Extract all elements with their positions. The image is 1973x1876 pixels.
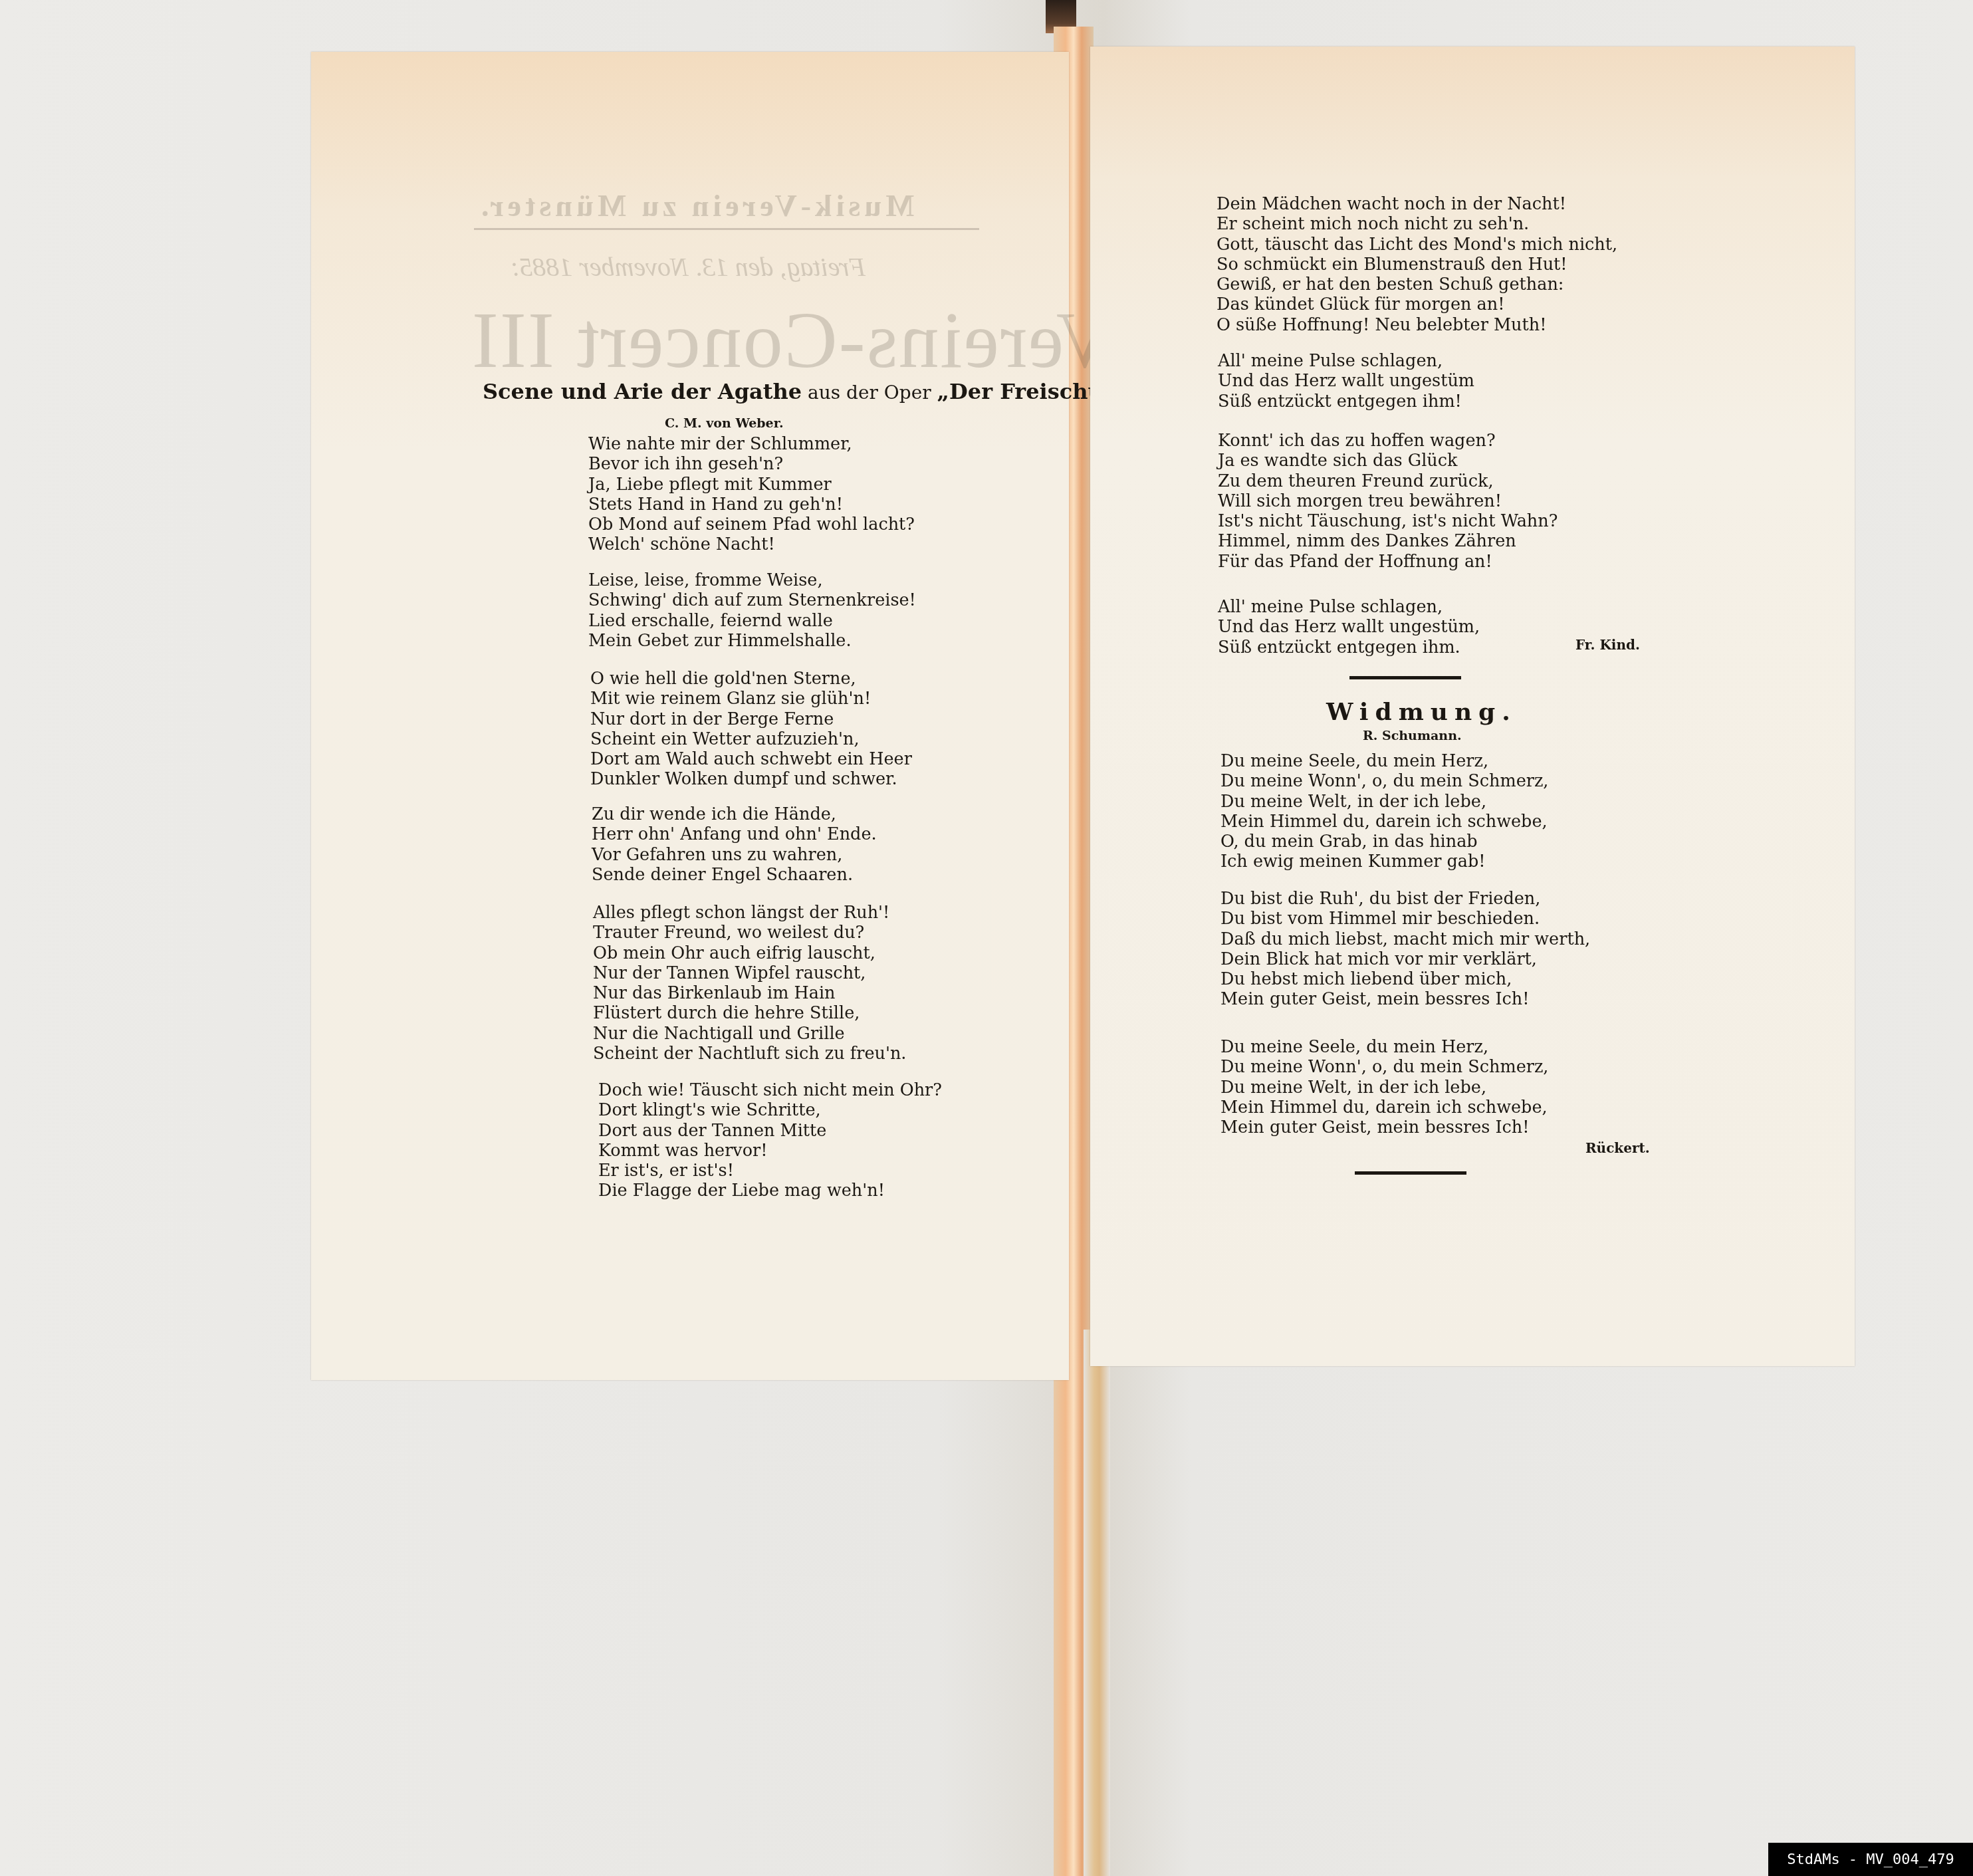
verse-line: Dort aus der Tannen Mitte bbox=[598, 1121, 942, 1141]
verse-line: O süße Hoffnung! Neu belebter Muth! bbox=[1217, 315, 1617, 335]
verse-line: Ja es wandte sich das Glück bbox=[1218, 451, 1558, 471]
poet-credit-kind: Fr. Kind. bbox=[1575, 637, 1640, 653]
composer-credit-schumann: R. Schumann. bbox=[1363, 729, 1462, 743]
verse-line: Himmel, nimm des Dankes Zähren bbox=[1218, 531, 1558, 551]
verse-line: Und das Herz wallt ungestüm bbox=[1218, 371, 1474, 391]
verse-line: Du meine Wonn', o, du mein Schmerz, bbox=[1220, 771, 1548, 791]
stanza-9: Konnt' ich das zu hoffen wagen? Ja es wa… bbox=[1218, 431, 1558, 572]
heading-title: Scene und Arie der Agathe bbox=[483, 379, 802, 404]
heading-connector: aus der Oper bbox=[802, 382, 937, 404]
song-heading: Scene und Arie der Agathe aus der Oper „… bbox=[483, 379, 1145, 404]
verse-line: Dort klingt's wie Schritte, bbox=[598, 1100, 942, 1120]
verse-line: Und das Herz wallt ungestüm, bbox=[1218, 617, 1480, 637]
stanza-6: Doch wie! Täuscht sich nicht mein Ohr? D… bbox=[598, 1080, 942, 1201]
verse-line: Du meine Seele, du mein Herz, bbox=[1220, 751, 1548, 771]
bleed-through-society: Musik-Verein zu Münster. bbox=[477, 188, 914, 223]
verse-line: Nur dort in der Berge Ferne bbox=[590, 709, 912, 729]
verse-line: Du bist die Ruh', du bist der Frieden, bbox=[1220, 889, 1590, 909]
verse-line: Doch wie! Täuscht sich nicht mein Ohr? bbox=[598, 1080, 942, 1100]
verse-line: Flüstert durch die hehre Stille, bbox=[593, 1003, 906, 1023]
bleed-through-title: Vereins-Concert III bbox=[471, 294, 1114, 386]
section-divider bbox=[1349, 676, 1461, 679]
verse-line: Die Flagge der Liebe mag weh'n! bbox=[598, 1181, 942, 1201]
verse-line: Dein Mädchen wacht noch in der Nacht! bbox=[1217, 194, 1617, 214]
verse-line: Gewiß, er hat den besten Schuß gethan: bbox=[1217, 275, 1617, 294]
verse-line: Ist's nicht Täuschung, ist's nicht Wahn? bbox=[1218, 511, 1558, 531]
verse-line: Daß du mich liebst, macht mich mir werth… bbox=[1220, 929, 1590, 949]
verse-line: Welch' schöne Nacht! bbox=[588, 534, 915, 554]
verse-line: Leise, leise, fromme Weise, bbox=[588, 570, 916, 590]
verse-line: Mit wie reinem Glanz sie glüh'n! bbox=[590, 689, 912, 709]
verse-line: Ja, Liebe pflegt mit Kummer bbox=[588, 475, 915, 495]
verse-line: Ich ewig meinen Kummer gab! bbox=[1220, 852, 1548, 872]
verse-line: Vor Gefahren uns zu wahren, bbox=[592, 845, 877, 865]
verse-line: Du meine Seele, du mein Herz, bbox=[1220, 1037, 1548, 1057]
verse-line: Mein Gebet zur Himmelshalle. bbox=[588, 631, 916, 651]
verse-line: Mein guter Geist, mein bessres Ich! bbox=[1220, 989, 1590, 1009]
verse-line: Konnt' ich das zu hoffen wagen? bbox=[1218, 431, 1558, 451]
stanza-5: Alles pflegt schon längst der Ruh'! Trau… bbox=[593, 903, 906, 1064]
verse-line: So schmückt ein Blumenstrauß den Hut! bbox=[1217, 255, 1617, 275]
stanza-7: Dein Mädchen wacht noch in der Nacht! Er… bbox=[1217, 194, 1617, 335]
verse-line: Nur das Birkenlaub im Hain bbox=[593, 983, 906, 1003]
right-page: Dein Mädchen wacht noch in der Nacht! Er… bbox=[1090, 47, 1855, 1366]
verse-line: Scheint der Nachtluft sich zu freu'n. bbox=[593, 1044, 906, 1064]
verse-line: Er scheint mich noch nicht zu seh'n. bbox=[1217, 214, 1617, 234]
verse-line: Er ist's, er ist's! bbox=[598, 1161, 942, 1181]
verse-line: Dunkler Wolken dumpf und schwer. bbox=[590, 769, 912, 789]
verse-line: Zu dir wende ich die Hände, bbox=[592, 804, 877, 824]
verse-line: Du meine Welt, in der ich lebe, bbox=[1220, 1078, 1548, 1098]
left-page: Musik-Verein zu Münster. Freitag, den 13… bbox=[311, 52, 1069, 1380]
stanza-4: Zu dir wende ich die Hände, Herr ohn' An… bbox=[592, 804, 877, 885]
verse-line: Das kündet Glück für morgen an! bbox=[1217, 294, 1617, 314]
verse-line: Bevor ich ihn geseh'n? bbox=[588, 454, 915, 474]
verse-line: All' meine Pulse schlagen, bbox=[1218, 597, 1480, 617]
stanza-13: Du meine Seele, du mein Herz, Du meine W… bbox=[1220, 1037, 1548, 1137]
verse-line: Sende deiner Engel Schaaren. bbox=[592, 865, 877, 885]
verse-line: Will sich morgen treu bewähren! bbox=[1218, 491, 1558, 511]
verse-line: Stets Hand in Hand zu geh'n! bbox=[588, 495, 915, 515]
verse-line: Ob Mond auf seinem Pfad wohl lacht? bbox=[588, 515, 915, 534]
poet-credit-rueckert: Rückert. bbox=[1585, 1140, 1650, 1156]
end-divider bbox=[1355, 1171, 1466, 1175]
verse-line: Mein guter Geist, mein bessres Ich! bbox=[1220, 1117, 1548, 1137]
verse-line: Lied erschalle, feiernd walle bbox=[588, 611, 916, 631]
stanza-10: All' meine Pulse schlagen, Und das Herz … bbox=[1218, 597, 1480, 657]
stanza-12: Du bist die Ruh', du bist der Frieden, D… bbox=[1220, 889, 1590, 1010]
song-title-widmung: Widmung. bbox=[1326, 698, 1517, 726]
verse-line: O wie hell die gold'nen Sterne, bbox=[590, 669, 912, 689]
verse-line: Schwing' dich auf zum Sternenkreise! bbox=[588, 590, 916, 610]
verse-line: All' meine Pulse schlagen, bbox=[1218, 351, 1474, 371]
stanza-11: Du meine Seele, du mein Herz, Du meine W… bbox=[1220, 751, 1548, 872]
verse-line: Herr ohn' Anfang und ohn' Ende. bbox=[592, 824, 877, 844]
bleed-through-rule bbox=[474, 228, 979, 230]
archive-signature-label: StdAMs - MV_004_479 bbox=[1768, 1843, 1973, 1876]
verse-line: Kommt was hervor! bbox=[598, 1141, 942, 1161]
verse-line: Süß entzückt entgegen ihm! bbox=[1218, 392, 1474, 411]
verse-line: Alles pflegt schon längst der Ruh'! bbox=[593, 903, 906, 923]
stanza-3: O wie hell die gold'nen Sterne, Mit wie … bbox=[590, 669, 912, 790]
verse-line: Du meine Welt, in der ich lebe, bbox=[1220, 792, 1548, 812]
stanza-8: All' meine Pulse schlagen, Und das Herz … bbox=[1218, 351, 1474, 411]
composer-credit: C. M. von Weber. bbox=[665, 416, 784, 431]
binding-spine-lower bbox=[1084, 1330, 1110, 1876]
verse-line: Ob mein Ohr auch eifrig lauscht, bbox=[593, 943, 906, 963]
verse-line: Mein Himmel du, darein ich schwebe, bbox=[1220, 1098, 1548, 1117]
verse-line: Süß entzückt entgegen ihm. bbox=[1218, 638, 1480, 657]
verse-line: Gott, täuscht das Licht des Mond's mich … bbox=[1217, 235, 1617, 255]
verse-line: Nur der Tannen Wipfel rauscht, bbox=[593, 963, 906, 983]
verse-line: Für das Pfand der Hoffnung an! bbox=[1218, 552, 1558, 572]
verse-line: Trauter Freund, wo weilest du? bbox=[593, 923, 906, 943]
verse-line: O, du mein Grab, in das hinab bbox=[1220, 832, 1548, 852]
verse-line: Zu dem theuren Freund zurück, bbox=[1218, 471, 1558, 491]
stanza-1: Wie nahte mir der Schlummer, Bevor ich i… bbox=[588, 434, 915, 555]
verse-line: Mein Himmel du, darein ich schwebe, bbox=[1220, 812, 1548, 832]
verse-line: Du bist vom Himmel mir beschieden. bbox=[1220, 909, 1590, 929]
verse-line: Scheint ein Wetter aufzuzieh'n, bbox=[590, 729, 912, 749]
verse-line: Du hebst mich liebend über mich, bbox=[1220, 969, 1590, 989]
bleed-through-date: Freitag, den 13. November 1885: bbox=[511, 251, 866, 283]
verse-line: Wie nahte mir der Schlummer, bbox=[588, 434, 915, 454]
verse-line: Dein Blick hat mich vor mir verklärt, bbox=[1220, 949, 1590, 969]
stanza-2: Leise, leise, fromme Weise, Schwing' dic… bbox=[588, 570, 916, 651]
verse-line: Du meine Wonn', o, du mein Schmerz, bbox=[1220, 1057, 1548, 1077]
verse-line: Nur die Nachtigall und Grille bbox=[593, 1024, 906, 1044]
verse-line: Dort am Wald auch schwebt ein Heer bbox=[590, 749, 912, 769]
